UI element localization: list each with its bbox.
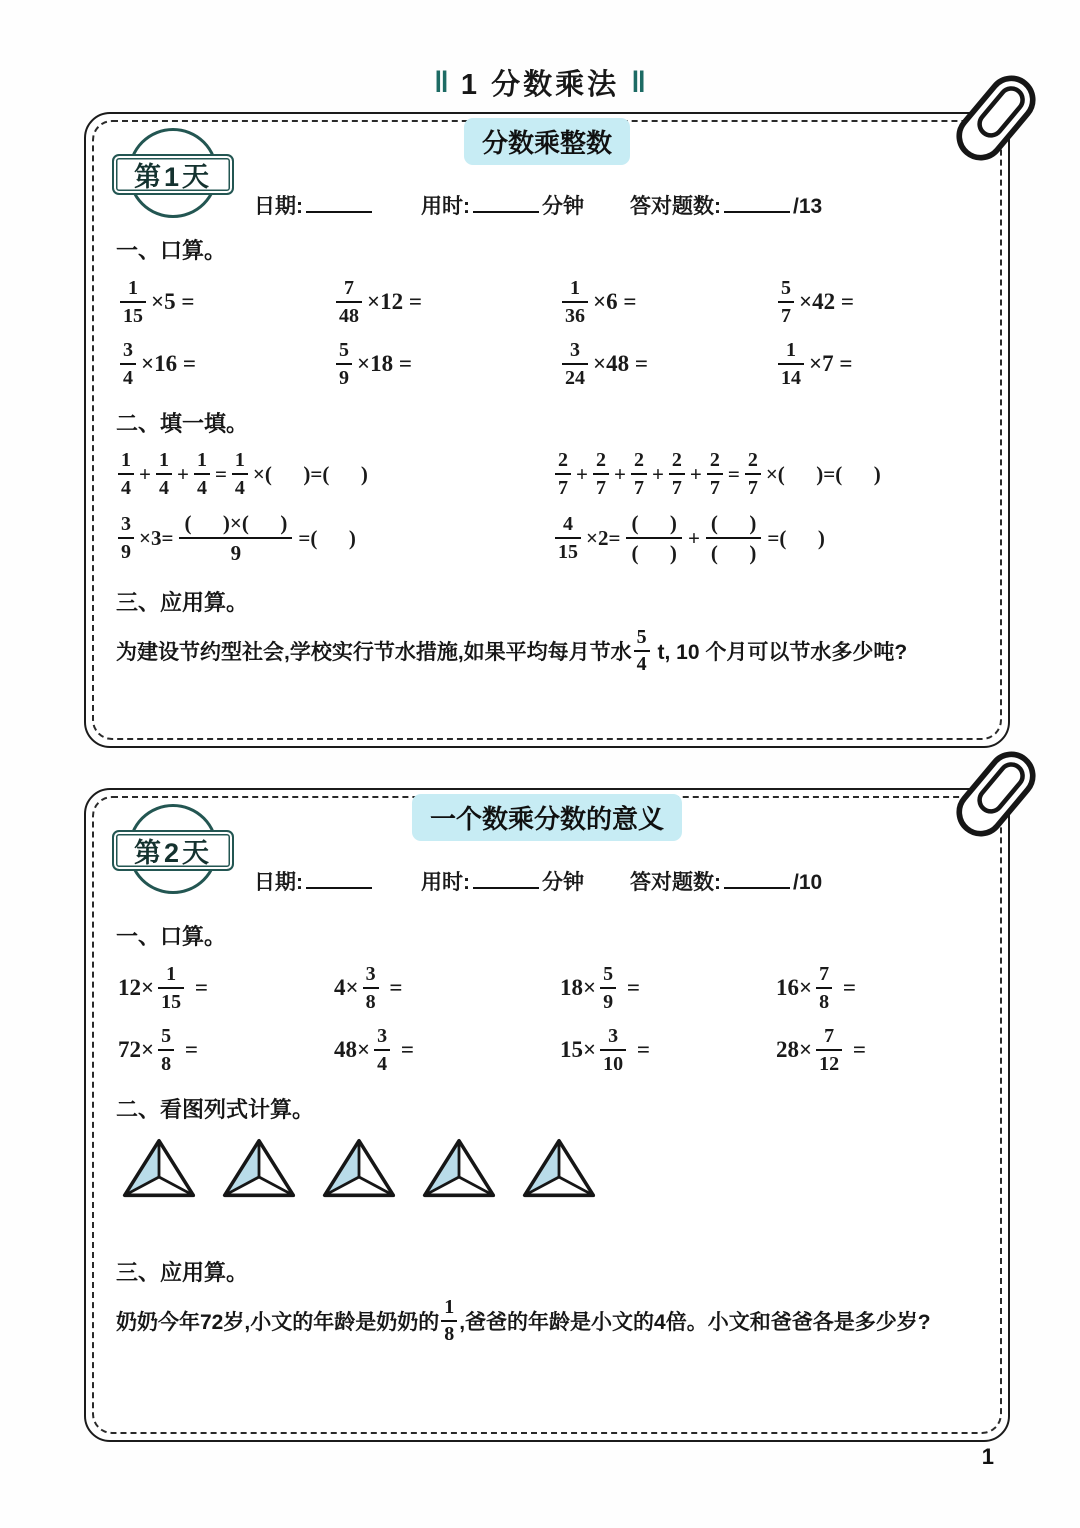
fraction: 58 [158,1026,174,1073]
problem-operation: ×7 = [809,351,852,377]
fraction: 14 [156,450,172,497]
plus-sign: + [139,462,151,487]
plus-sign: + [652,462,664,487]
date-field: 日期: [254,190,375,220]
triangle-thirds-figure [518,1136,600,1200]
oral-problem: 16× 78 = [776,957,984,1019]
fraction: 748 [336,278,362,325]
fill-equation: 415 ×2= ( ) ( ) + ( ) ( ) =( ) [553,506,984,570]
day2-oral-problems: 12× 115 = 4× 38 = 18× 59 = 16× 78 [118,957,984,1081]
fraction-denominator: 4 [634,654,650,674]
fraction-bar [778,301,794,303]
fill-equation: 27 + 27 + 27 + 27 + 27 = 27 ×( )=( ) [553,442,984,506]
day1-badge-label: 第1天 [134,155,212,194]
triangle-thirds-figure [418,1136,500,1200]
fraction-bar [593,473,609,475]
fraction: 14 [232,450,248,497]
oral-problem: 748 ×12 = [334,271,560,333]
fraction-numerator: 3 [363,964,379,984]
fraction-bar [631,473,647,475]
fraction-numerator: 2 [555,450,571,470]
fraction-denominator: 7 [593,478,609,498]
fraction-numerator: 5 [158,1026,174,1046]
plus-sign: + [690,462,702,487]
blank-fraction-numerator: ( )×( ) [179,511,292,539]
problem-operation: ×12 = [367,289,422,315]
problem-operation: ×42 = [799,289,854,315]
blank-fraction: ( )×( ) 9 [179,511,292,565]
day2-section1-label: 一、口算。 [116,920,984,951]
fraction: 115 [158,964,184,1011]
fraction: 712 [816,1026,842,1073]
fraction-denominator: 8 [158,1054,174,1074]
fraction-bar [232,473,248,475]
day1-oral-problems: 115 ×5 = 748 ×12 = 136 ×6 = 57 ×42 = 34 [118,271,984,395]
page-header: ‖ 1 分数乘法 ‖ [0,62,1080,103]
plus-sign: + [177,462,189,487]
fraction: 27 [593,450,609,497]
problem-operation: = [621,975,640,1001]
fraction-bar [120,301,146,303]
fraction-denominator: 15 [120,306,146,326]
fraction-denominator: 7 [778,306,794,326]
blank-fraction: ( ) ( ) [626,511,682,565]
score-label: 答对题数: [630,871,721,894]
fraction-denominator: 7 [631,478,647,498]
fraction-bar [336,363,352,365]
day1-badge: 第1天 [112,128,234,222]
fraction-denominator: 8 [816,992,832,1012]
header-bar-right-icon: ‖ [631,68,646,98]
oral-problem: 57 ×42 = [776,271,984,333]
fraction-bar [707,473,723,475]
problem-operation: = [631,1037,650,1063]
fraction-numerator: 5 [336,340,352,360]
day1-section3-label: 三、应用算。 [116,586,984,617]
day2-badge-label: 第2天 [134,831,212,870]
score-total: /13 [793,195,822,218]
fraction-numerator: 2 [707,450,723,470]
fraction-bar [562,363,588,365]
day2-topic-title: 一个数乘分数的意义 [412,794,682,841]
oral-problem: 59 ×18 = [334,333,560,395]
fraction-numerator: 1 [194,450,210,470]
day1-fill-equations: 14 + 14 + 14 = 14 ×( )=( ) 27 + 27 + 27 [116,442,984,570]
problem-multiplier: 4× [334,975,359,1001]
fill-equation: 39 ×3= ( )×( ) 9 =( ) [116,506,553,570]
fraction-denominator: 7 [555,478,571,498]
fraction-numerator: 2 [745,450,761,470]
score-field: 答对题数:/13 [630,190,822,220]
plus-sign: + [688,526,700,551]
fraction: 14 [118,450,134,497]
fraction: 34 [120,340,136,387]
fraction-numerator: 3 [567,340,583,360]
fraction-denominator: 8 [441,1324,457,1344]
fraction-bar [600,987,616,989]
problem-operation: = [189,975,208,1001]
fraction-numerator: 5 [634,627,650,647]
problem-multiplier: 18× [560,975,596,1001]
score-blank [724,871,790,889]
fraction-bar [778,363,804,365]
date-blank [306,195,372,213]
fraction-bar [363,987,379,989]
fraction: 34 [374,1026,390,1073]
fraction-denominator: 4 [118,478,134,498]
fraction: 38 [363,964,379,1011]
equals-sign: = [728,462,740,487]
fraction-denominator: 10 [600,1054,626,1074]
equation-tail: =( ) [298,526,355,551]
fraction: 39 [118,514,134,561]
problem-operation: ×5 = [151,289,194,315]
fraction-denominator: 12 [816,1054,842,1074]
fraction: 27 [555,450,571,497]
oral-problem: 15× 310 = [560,1019,776,1081]
fraction-bar [669,473,685,475]
fraction-bar [118,537,134,539]
fraction-bar [555,473,571,475]
problem-multiplier: 16× [776,975,812,1001]
fraction-numerator: 5 [600,964,616,984]
day2-word-problem: 奶奶今年72岁,小文的年龄是奶奶的 18 ,爸爸的年龄是小文的4倍。小文和爸爸各… [116,1297,984,1344]
score-total: /10 [793,871,822,894]
day1-meta-row: 日期: 用时:分钟 答对题数:/13 [254,190,822,220]
fraction-denominator: 15 [555,542,581,562]
blank-fraction-numerator: ( ) [706,511,762,539]
fraction: 310 [600,1026,626,1073]
fraction: 415 [555,514,581,561]
fraction-bar [336,301,362,303]
day1-topic-title: 分数乘整数 [464,118,630,165]
fraction-numerator: 3 [118,514,134,534]
day2-badge-frame: 第2天 [112,830,234,871]
fraction-bar [118,473,134,475]
equation-operator: ×2= [586,526,620,551]
fraction: 114 [778,340,804,387]
time-blank [473,195,539,213]
fraction-bar [158,987,184,989]
time-label: 用时: [421,195,470,218]
oral-problem: 28× 712 = [776,1019,984,1081]
oral-problem: 34 ×16 = [118,333,334,395]
fraction: 115 [120,278,146,325]
score-blank [724,195,790,213]
fraction-bar [555,537,581,539]
minutes-label: 分钟 [542,195,584,218]
day2-section3-label: 三、应用算。 [116,1256,984,1287]
oral-problem: 115 ×5 = [118,271,334,333]
problem-multiplier: 12× [118,975,154,1001]
fraction-denominator: 4 [374,1054,390,1074]
fraction-numerator: 7 [341,278,357,298]
oral-problem: 324 ×48 = [560,333,776,395]
time-label: 用时: [421,871,470,894]
word-problem-text: t, 10 个月可以节水多少吨? [652,636,908,666]
blank-fraction-numerator: ( ) [626,511,682,539]
worksheet-page: ‖ 1 分数乘法 ‖ 第1天 分数乘整数 日期: 用时:分钟 [0,0,1080,1528]
fraction-numerator: 7 [821,1026,837,1046]
equation-operator: ×3= [139,526,173,551]
fraction: 27 [669,450,685,497]
oral-problem: 48× 34 = [334,1019,560,1081]
day2-panel: 第2天 一个数乘分数的意义 日期: 用时:分钟 答对题数:/10 一、口算。 1… [84,788,1010,1442]
day1-section1-label: 一、口算。 [116,234,984,265]
fraction: 59 [600,964,616,1011]
plus-sign: + [576,462,588,487]
problem-multiplier: 28× [776,1037,812,1063]
word-problem-text: ,爸爸的年龄是小文的4倍。小文和爸爸各是多少岁? [459,1306,930,1336]
fraction: 18 [441,1297,457,1344]
plus-sign: + [614,462,626,487]
equals-sign: = [215,462,227,487]
oral-problem: 18× 59 = [560,957,776,1019]
problem-multiplier: 72× [118,1037,154,1063]
blank-fraction-denominator: ( ) [711,539,757,565]
fill-equation: 14 + 14 + 14 = 14 ×( )=( ) [116,442,553,506]
fraction-bar [194,473,210,475]
fraction-bar [600,1049,626,1051]
fraction-denominator: 36 [562,306,588,326]
day2-meta-row: 日期: 用时:分钟 答对题数:/10 [254,866,822,896]
day1-content: 一、口算。 115 ×5 = 748 ×12 = 136 ×6 = 57 ×42… [116,234,984,674]
fraction-denominator: 24 [562,368,588,388]
blank-fraction: ( ) ( ) [706,511,762,565]
page-title: 1 分数乘法 [461,62,619,103]
day1-panel: 第1天 分数乘整数 日期: 用时:分钟 答对题数:/13 一、口算。 115 ×… [84,112,1010,748]
fraction-bar [374,1049,390,1051]
fraction-denominator: 4 [194,478,210,498]
fraction-numerator: 1 [441,1297,457,1317]
problem-operation: ×16 = [141,351,196,377]
fraction-bar [745,473,761,475]
fraction-numerator: 7 [816,964,832,984]
fraction-denominator: 4 [120,368,136,388]
fraction: 57 [778,278,794,325]
fraction: 59 [336,340,352,387]
fraction-numerator: 1 [567,278,583,298]
fraction-denominator: 7 [669,478,685,498]
page-number: 1 [982,1444,994,1470]
oral-problem: 12× 115 = [118,957,334,1019]
fraction-bar [156,473,172,475]
word-problem-text: 为建设节约型社会,学校实行节水措施,如果平均每月节水 [116,636,632,666]
fraction: 54 [634,627,650,674]
time-blank [473,871,539,889]
problem-operation: ×6 = [593,289,636,315]
problem-operation: ×48 = [593,351,648,377]
fraction-numerator: 4 [560,514,576,534]
score-field: 答对题数:/10 [630,866,822,896]
date-field: 日期: [254,866,375,896]
date-label: 日期: [254,871,303,894]
fraction: 324 [562,340,588,387]
fraction-bar [816,1049,842,1051]
triangle-figures [118,1136,984,1200]
problem-operation: = [837,975,856,1001]
time-field: 用时:分钟 [421,866,584,896]
problem-multiplier: 48× [334,1037,370,1063]
fraction-denominator: 7 [745,478,761,498]
fraction-bar [634,650,650,652]
oral-problem: 4× 38 = [334,957,560,1019]
fraction-numerator: 5 [778,278,794,298]
paperclip-icon [944,739,1048,849]
day2-badge: 第2天 [112,804,234,898]
time-field: 用时:分钟 [421,190,584,220]
header-bar-left-icon: ‖ [434,68,449,98]
problem-multiplier: 15× [560,1037,596,1063]
oral-problem: 114 ×7 = [776,333,984,395]
equation-tail: ×( )=( ) [253,462,368,487]
fraction-numerator: 1 [156,450,172,470]
day1-badge-frame: 第1天 [112,154,234,195]
fraction-denominator: 9 [118,542,134,562]
fraction-bar [562,301,588,303]
fraction-denominator: 9 [336,368,352,388]
fraction: 27 [745,450,761,497]
fraction-denominator: 4 [232,478,248,498]
triangle-thirds-figure [118,1136,200,1200]
problem-operation: = [384,975,403,1001]
day1-word-problem: 为建设节约型社会,学校实行节水措施,如果平均每月节水 54 t, 10 个月可以… [116,627,984,674]
equation-tail: =( ) [767,526,824,551]
fraction-numerator: 2 [593,450,609,470]
fraction-numerator: 1 [163,964,179,984]
fraction-bar [816,987,832,989]
fraction-numerator: 2 [631,450,647,470]
fraction-denominator: 15 [158,992,184,1012]
day2-section2-label: 二、看图列式计算。 [116,1093,984,1124]
fraction: 136 [562,278,588,325]
fraction: 27 [707,450,723,497]
fraction-bar [158,1049,174,1051]
fraction-numerator: 2 [669,450,685,470]
fraction-denominator: 8 [363,992,379,1012]
fraction-numerator: 3 [120,340,136,360]
fraction-numerator: 1 [783,340,799,360]
fraction-denominator: 4 [156,478,172,498]
fraction-numerator: 3 [605,1026,621,1046]
fraction-numerator: 3 [374,1026,390,1046]
problem-operation: = [395,1037,414,1063]
fraction-denominator: 48 [336,306,362,326]
date-label: 日期: [254,195,303,218]
fraction-denominator: 14 [778,368,804,388]
blank-fraction-denominator: ( ) [631,539,677,565]
minutes-label: 分钟 [542,871,584,894]
fraction-denominator: 9 [600,992,616,1012]
fraction: 14 [194,450,210,497]
fraction-numerator: 1 [125,278,141,298]
triangle-thirds-figure [218,1136,300,1200]
blank-fraction-denominator: 9 [231,539,242,565]
equation-tail: ×( )=( ) [766,462,881,487]
fraction-bar [120,363,136,365]
oral-problem: 136 ×6 = [560,271,776,333]
fraction-numerator: 1 [118,450,134,470]
day1-section2-label: 二、填一填。 [116,407,984,438]
oral-problem: 72× 58 = [118,1019,334,1081]
date-blank [306,871,372,889]
day2-content: 一、口算。 12× 115 = 4× 38 = 18× 59 = [116,920,984,1344]
problem-operation: ×18 = [357,351,412,377]
problem-operation: = [179,1037,198,1063]
score-label: 答对题数: [630,195,721,218]
fraction-numerator: 1 [232,450,248,470]
fraction: 27 [631,450,647,497]
triangle-thirds-figure [318,1136,400,1200]
problem-operation: = [847,1037,866,1063]
fraction-denominator: 7 [707,478,723,498]
fraction-bar [441,1320,457,1322]
word-problem-text: 奶奶今年72岁,小文的年龄是奶奶的 [116,1306,439,1336]
fraction: 78 [816,964,832,1011]
